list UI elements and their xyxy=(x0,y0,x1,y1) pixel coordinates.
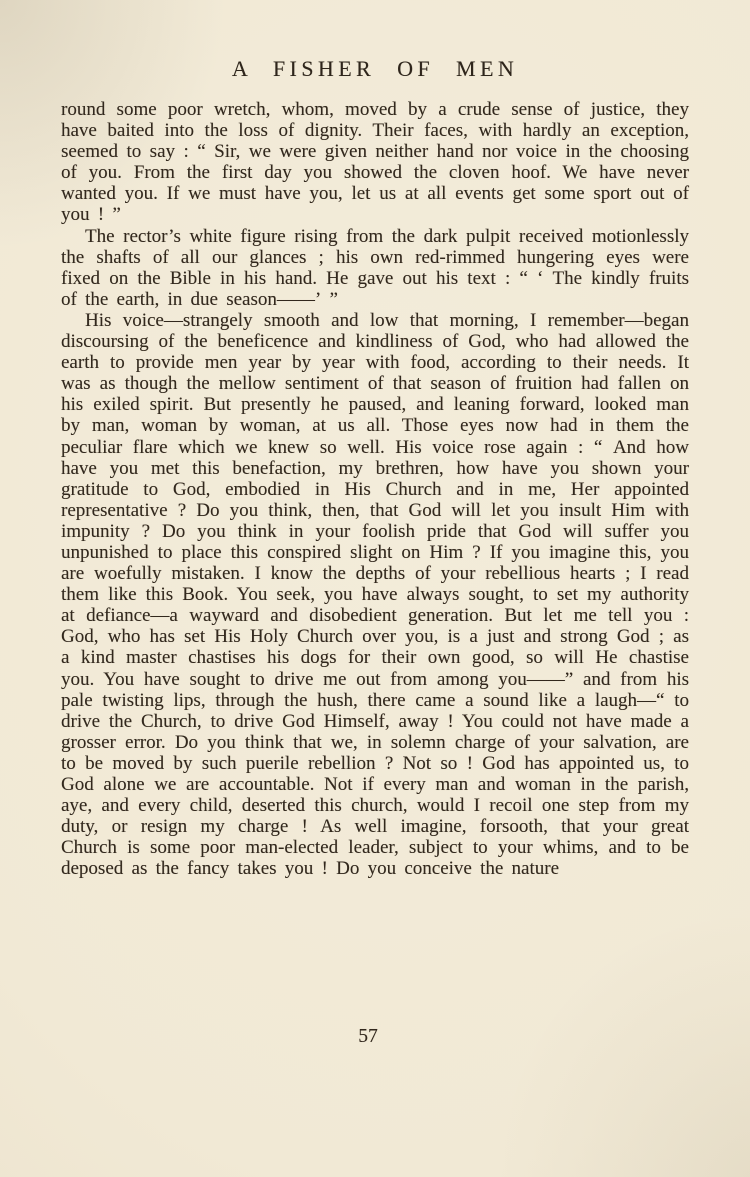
paragraph-continuation: round some poor wretch, whom, moved by a… xyxy=(61,99,689,226)
paragraph-rector-figure: The rector’s white figure rising from th… xyxy=(61,226,689,310)
text-block: round some poor wretch, whom, moved by a… xyxy=(61,99,689,879)
book-page: A FISHER OF MEN round some poor wretch, … xyxy=(0,0,750,1177)
running-head-title: A FISHER OF MEN xyxy=(0,56,750,82)
paragraph-sermon: His voice—strangely smooth and low that … xyxy=(61,310,689,880)
page-number: 57 xyxy=(0,1026,736,1048)
